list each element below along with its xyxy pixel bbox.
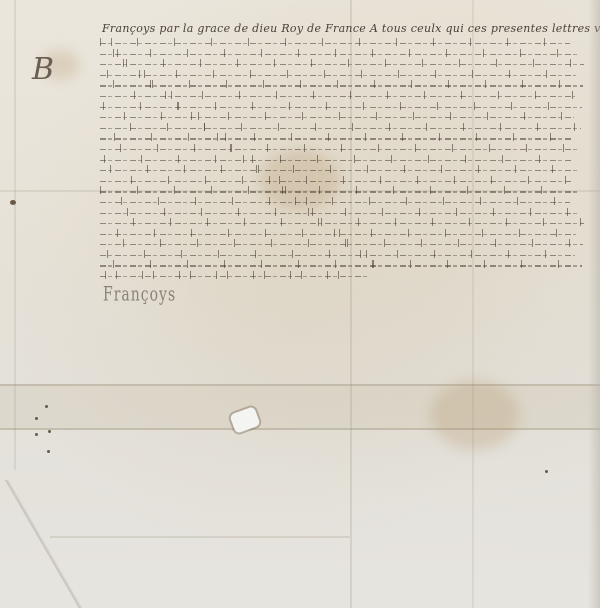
manuscript-line [100, 38, 585, 49]
royal-signature: Françoys [103, 284, 176, 306]
stitch-hole [45, 405, 48, 408]
manuscript-line [100, 144, 585, 155]
manuscript-line [100, 123, 585, 134]
manuscript-line [100, 260, 585, 271]
manuscript-line [100, 91, 585, 102]
manuscript-line [100, 59, 585, 70]
horizontal-fold [50, 536, 350, 538]
manuscript-line [100, 80, 585, 91]
manuscript-line [100, 197, 585, 208]
stitch-hole [545, 470, 548, 473]
vertical-fold [14, 0, 16, 470]
stitch-hole [35, 433, 38, 436]
manuscript-line [100, 133, 585, 144]
manuscript-line [100, 70, 585, 81]
stitch-hole [35, 417, 38, 420]
corner-fold [0, 480, 90, 608]
manuscript-line [100, 229, 585, 240]
stitch-hole [47, 450, 50, 453]
manuscript-line [100, 208, 585, 219]
margin-flourish: B [32, 52, 54, 87]
horizontal-fold [0, 384, 600, 386]
manuscript-line [100, 176, 585, 187]
manuscript-line [100, 250, 585, 261]
edge-shadow [588, 0, 600, 608]
manuscript-line [100, 102, 585, 113]
manuscript-line [100, 165, 585, 176]
manuscript-line [100, 112, 585, 123]
stain [430, 380, 520, 450]
manuscript-line [100, 186, 585, 197]
stitch-hole [48, 430, 51, 433]
manuscript-line [100, 239, 585, 250]
manuscript-line [100, 271, 585, 282]
manuscript-body [100, 38, 585, 282]
parchment-sheet: Françoys par la grace de dieu Roy de Fra… [0, 0, 600, 608]
manuscript-line [100, 49, 585, 60]
manuscript-line [100, 155, 585, 166]
document-heading: Françoys par la grace de dieu Roy de Fra… [102, 22, 600, 35]
manuscript-line [100, 218, 585, 229]
stitch-hole [10, 200, 16, 205]
